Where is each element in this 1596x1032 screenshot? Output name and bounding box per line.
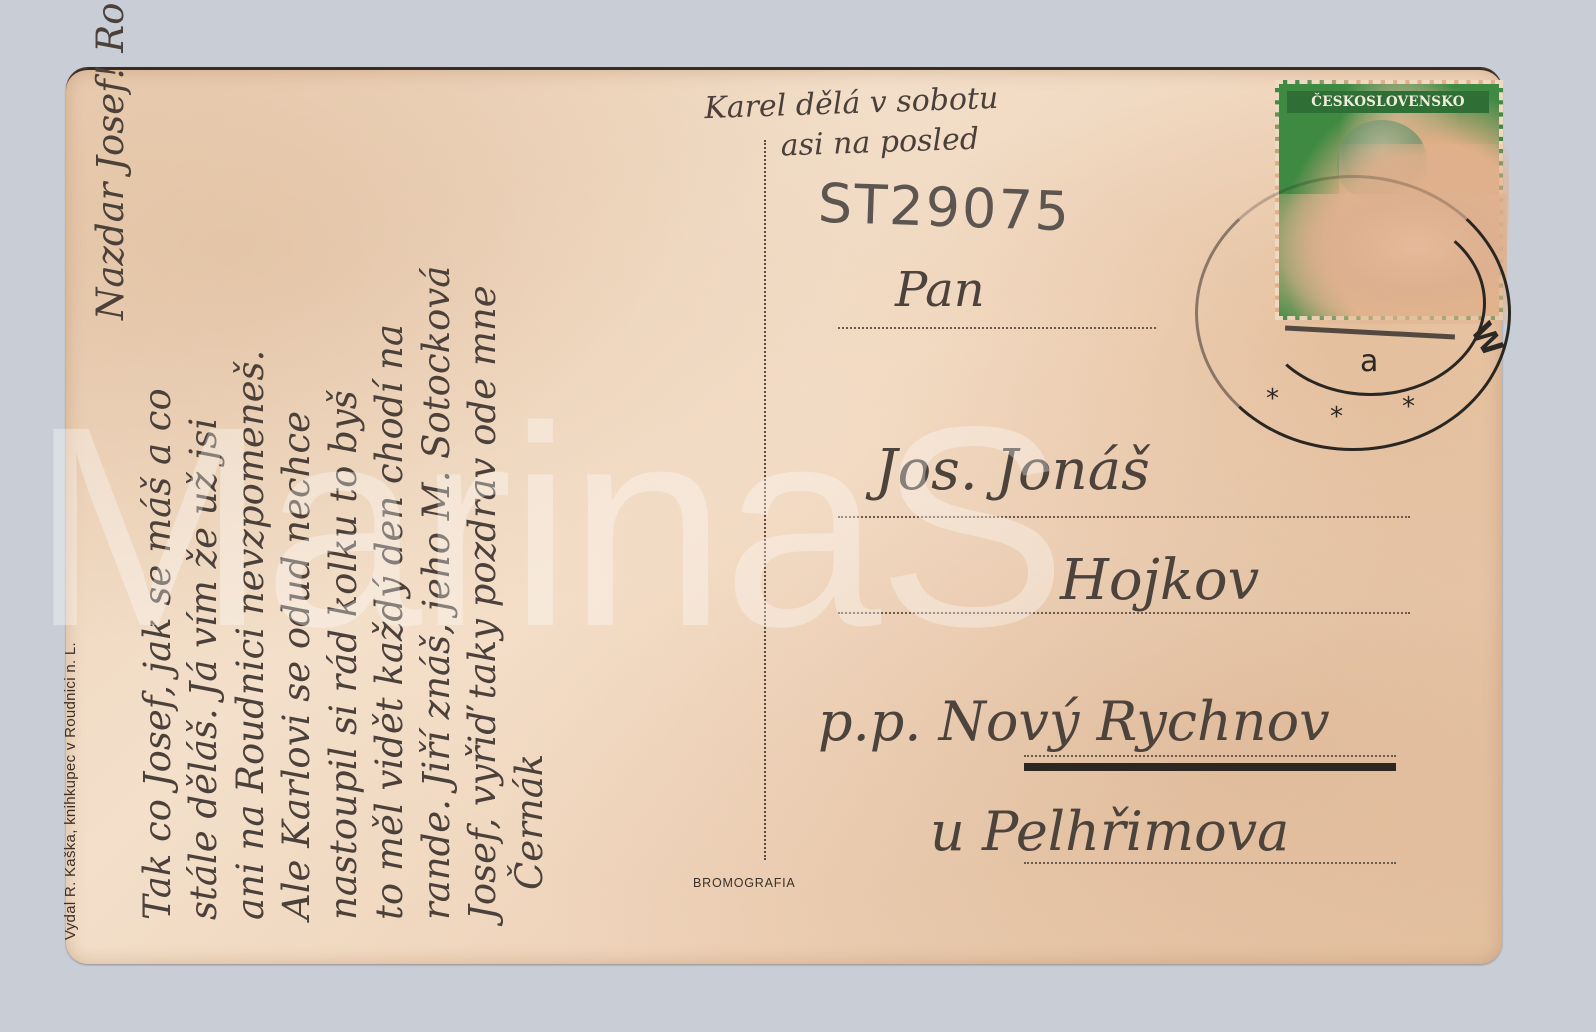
address-line-2 [838, 516, 1410, 518]
postmark-letter: a [1360, 344, 1378, 379]
message-line: ani na Roudnici nevzpomeneš. [228, 40, 275, 920]
address-line-3 [838, 612, 1410, 614]
publisher-imprint: Vydal R. Kaška, knihkupec v Roudnici n. … [62, 642, 79, 940]
printer-mark: BROMOGRAFIA [693, 876, 796, 890]
message-line: stále děláš. Já vím že už jsi [181, 40, 228, 920]
address-line-4 [1024, 755, 1396, 757]
message-line: to měl vidět každý den chodí na [367, 40, 414, 920]
star-icon: * [1330, 402, 1343, 432]
center-divider-line [764, 140, 766, 860]
top-handwritten-note: Karel dělá v sobotu asi na posled [704, 79, 1001, 169]
message-line: Josef, vyřiď taky pozdrav ode mne [460, 40, 507, 920]
message-line: rande. Jiří znáš, jeho M. Sotocková [414, 40, 461, 920]
underline-rule [1024, 763, 1396, 771]
address-salutation: Pan [895, 262, 985, 318]
message-line: nastoupil si rád kolku to byš [321, 40, 368, 920]
star-icon: * [1266, 384, 1279, 414]
message-greeting: Nazdar Josef! Roudnice 9 [88, 40, 135, 920]
address-place: Hojkov [1060, 548, 1259, 613]
address-post-office: p.p. Nový Rychnov [818, 690, 1330, 753]
stamp-country: ČESKOSLOVENSKO [1287, 91, 1489, 113]
address-name: Jos. Jonáš [875, 438, 1150, 503]
note-line-1: Karel dělá v sobotu [704, 81, 999, 126]
message-line: Ale Karlovi se odud nechce [274, 40, 321, 920]
message-line: Tak co Josef, jak se máš a co [135, 40, 182, 920]
message-signature: Černák [507, 40, 554, 920]
star-icon: * [1402, 392, 1415, 422]
inventory-code: ST29075 [817, 172, 1072, 244]
address-line-5 [1024, 862, 1396, 864]
handwritten-message: Nazdar Josef! Roudnice 9 Tak co Josef, j… [88, 40, 553, 920]
address-district: u Pelhřimova [930, 800, 1289, 863]
address-line-1 [838, 327, 1156, 329]
